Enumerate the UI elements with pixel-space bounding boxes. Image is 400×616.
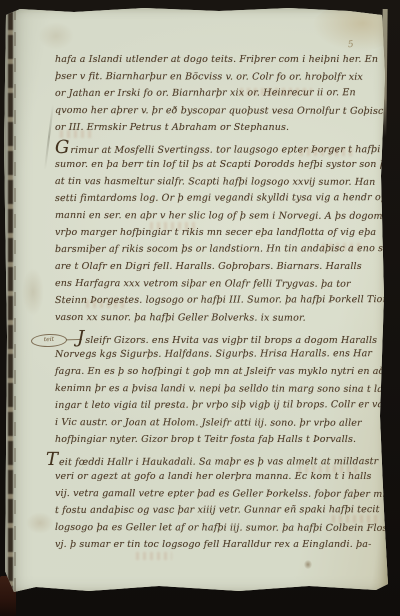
text-line: manni en ser. en aþr v her slic log of þ… bbox=[55, 207, 379, 225]
stain-top-left bbox=[38, 22, 74, 50]
text-line: qvomo her aþrer v. þr eð byscopar quoþus… bbox=[55, 102, 379, 120]
text-line-paragraph-start: Grimur at Mosfelli Svertingss. tor laugs… bbox=[55, 138, 379, 156]
text-line: Norvegs kgs Sigurþs. Halfdans. Sigurþs. … bbox=[55, 345, 379, 363]
manuscript-photo: 5 teit hafa a Islandi utlender at dogo t… bbox=[0, 0, 400, 616]
text-line: t fostu andaþisc og vasc þar xiiij vetr.… bbox=[55, 501, 379, 519]
text-line: Steinn Þorgestes. logsogo or hafþi III. … bbox=[55, 291, 379, 309]
stain-bottom-left bbox=[26, 512, 54, 534]
text-line-paragraph-start: Jsleifr Gizors. ens Hvita vas vigþr til … bbox=[77, 329, 379, 346]
text-line: at tin vas hasmeltur sialfr. Scapti hafþ… bbox=[55, 173, 379, 191]
page-text: hafa a Islandi utlender at dogo teits. F… bbox=[55, 51, 379, 553]
text-line: þser v fit. Biarnharþur en Böcviss v. or… bbox=[55, 68, 379, 86]
text-line: or III. Ermskir Petrus t Abraham or Step… bbox=[55, 119, 379, 136]
text-line: hofþingiar nyter. Gizor brop t Teitr fos… bbox=[55, 431, 379, 448]
text-line: ingar t leto vigia til presta. þr vrþo s… bbox=[55, 396, 379, 414]
text-line: sumor. en þa berr tin lof til þs at Scap… bbox=[55, 156, 379, 173]
text-line: kenimn þr es a þvisa landi v. nepi þa se… bbox=[55, 380, 379, 398]
text-line: logsogo þa es Geller let af or hafþi iij… bbox=[55, 519, 379, 537]
text-line: vij. vetra gamall vetre epter þad es Gel… bbox=[55, 485, 379, 503]
showthrough-mark bbox=[136, 552, 172, 560]
manuscript-page: 5 teit hafa a Islandi utlender at dogo t… bbox=[4, 6, 388, 596]
text-line: are t Olafr en Digri fell. Haralls. Goþr… bbox=[55, 258, 379, 275]
text-line: or Jathan er Irski fo or. Biarnharþr xix… bbox=[55, 84, 379, 102]
text-line: vrþo marger hofþingiar t rikis mn secer … bbox=[55, 224, 379, 241]
text-line: hafa a Islandi utlender at dogo teits. F… bbox=[55, 51, 379, 68]
text-line: vason xx sunor. þa hafþi Geller Bolverks… bbox=[55, 309, 379, 327]
binding-stitch-line bbox=[8, 6, 13, 596]
text-line: veri or agezt at gofo a landi her olerþr… bbox=[55, 468, 379, 485]
stain-left-middle bbox=[22, 268, 44, 316]
text-line: i Vic austr. or Joan at Holom. Jsleifr a… bbox=[55, 414, 379, 432]
text-line: setti fimtardoms log. Or þ emgi vegandi … bbox=[55, 189, 379, 207]
parchment-crease bbox=[44, 104, 54, 170]
folio-number: 5 bbox=[347, 40, 354, 51]
stain-bottom-dot bbox=[304, 560, 312, 569]
text-line-paragraph-start: Teit fœddi Hallr i Haukadali. Sa maþr es… bbox=[46, 450, 379, 468]
text-line: barsmiþer af rikis socom þs or landstior… bbox=[55, 240, 379, 258]
text-line: ens Harfagra xxx vetrom siþar en Olafr f… bbox=[55, 275, 379, 293]
binding-stitch-shadow bbox=[14, 6, 16, 596]
text-line: fagra. En es þ so hofþingi t goþ mn at J… bbox=[55, 363, 379, 380]
text-line: vj. þ sumar er tin toc logsogo fell Hara… bbox=[55, 536, 379, 553]
